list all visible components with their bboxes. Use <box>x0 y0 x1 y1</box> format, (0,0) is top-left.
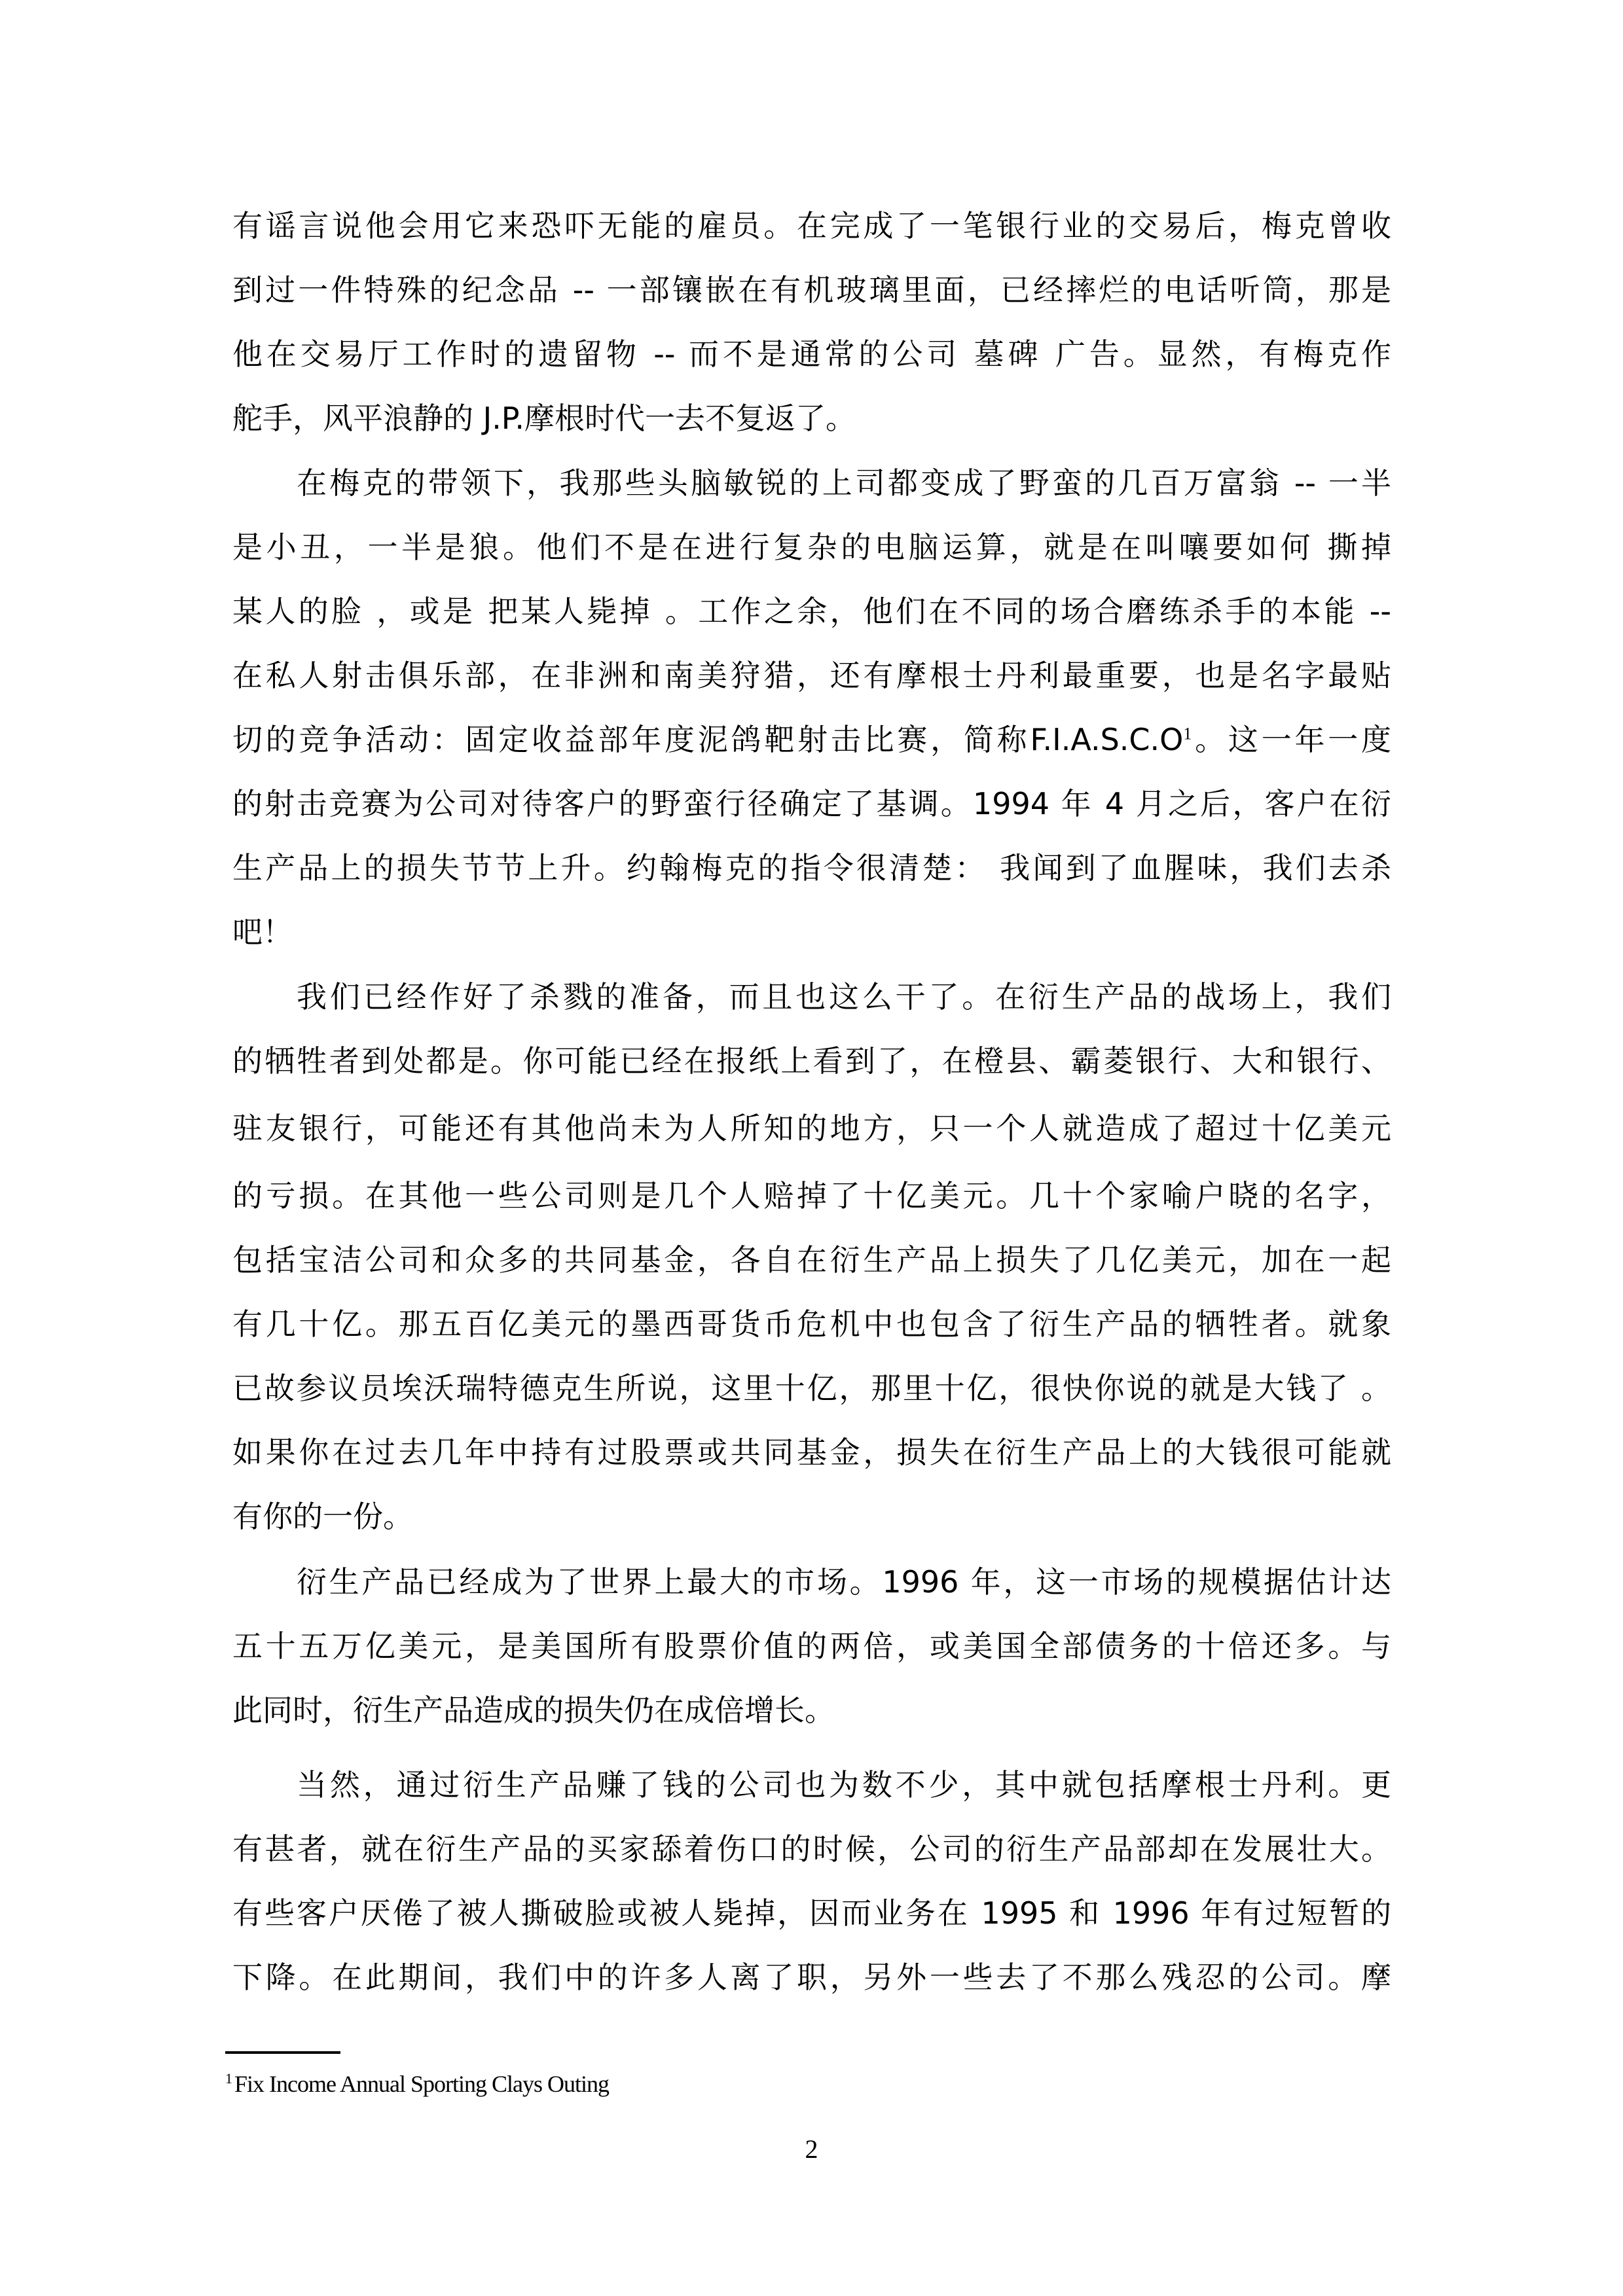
text-line: 有你的一份。 <box>232 1497 1391 1536</box>
text-line: 有些客户厌倦了被人撕破脸或被人毙掉，因而业务在 1995 和 1996 年有过短… <box>232 1893 1391 1933</box>
text-line: 已故参议员埃沃瑞特德克生所说，这里十亿，那里十亿，很快你说的就是大钱了 。 <box>232 1369 1391 1408</box>
text-line: 此同时，衍生产品造成的损失仍在成倍增长。 <box>232 1691 1391 1730</box>
text-line: 切的竞争活动：固定收益部年度泥鸽靶射击比赛，简称F.I.A.S.C.O1。这一年… <box>232 720 1391 759</box>
text-line: 有几十亿。那五百亿美元的墨西哥货币危机中也包含了衍生产品的牺牲者。就象 <box>232 1304 1391 1344</box>
text-line: 的射击竞赛为公司对待客户的野蛮行径确定了基调。1994 年 4 月之后，客户在衍 <box>232 784 1391 823</box>
page-number: 2 <box>0 2134 1623 2164</box>
text-line: 是小丑，一半是狼。他们不是在进行复杂的电脑运算，就是在叫嚷要如何 撕掉 <box>232 528 1391 567</box>
text-line: 衍生产品已经成为了世界上最大的市场。1996 年，这一市场的规模据估计达 <box>297 1562 1391 1602</box>
footnote-separator <box>225 2051 340 2054</box>
footnote: 1Fix Income Annual Sporting Clays Outing <box>225 2070 609 2098</box>
footnote-mark: 1 <box>225 2070 232 2087</box>
text-line: 驻友银行，可能还有其他尚未为人所知的地方，只一个人就造成了超过十亿美元 <box>232 1109 1391 1148</box>
text-line: 在私人射击俱乐部，在非洲和南美狩猎，还有摩根士丹利最重要，也是名字最贴 <box>232 656 1391 695</box>
text-line: 的牺牲者到处都是。你可能已经在报纸上看到了，在橙县、霸菱银行、大和银行、 <box>232 1041 1391 1081</box>
text-segment: 。这一年一度 <box>1192 722 1391 757</box>
text-line: 生产品上的损失节节上升。约翰梅克的指令很清楚： 我闻到了血腥味，我们去杀 <box>232 848 1391 888</box>
footnote-text: Fix Income Annual Sporting Clays Outing <box>234 2071 609 2097</box>
text-line: 下降。在此期间，我们中的许多人离了职，另外一些去了不那么残忍的公司。摩 <box>232 1958 1391 1997</box>
text-line: 舵手，风平浪静的 J.P.摩根时代一去不复返了。 <box>232 399 1391 438</box>
text-line: 到过一件特殊的纪念品 -- 一部镶嵌在有机玻璃里面，已经摔烂的电话听筒，那是 <box>232 270 1391 310</box>
text-line: 我们已经作好了杀戮的准备，而且也这么干了。在衍生产品的战场上，我们 <box>297 977 1391 1016</box>
footnote-reference[interactable]: 1 <box>1183 725 1192 744</box>
text-line: 某人的脸 ，或是 把某人毙掉 。工作之余，他们在不同的场合磨练杀手的本能 -- <box>232 592 1391 631</box>
text-line: 有甚者，就在衍生产品的买家舔着伤口的时候，公司的衍生产品部却在发展壮大。 <box>232 1829 1391 1869</box>
text-line: 在梅克的带领下，我那些头脑敏锐的上司都变成了野蛮的几百万富翁 -- 一半 <box>297 463 1391 503</box>
text-line: 五十五万亿美元，是美国所有股票价值的两倍，或美国全部债务的十倍还多。与 <box>232 1626 1391 1666</box>
text-line: 吧！ <box>232 912 1391 952</box>
text-line: 如果你在过去几年中持有过股票或共同基金，损失在衍生产品上的大钱很可能就 <box>232 1433 1391 1472</box>
text-line: 他在交易厅工作时的遗留物 -- 而不是通常的公司 墓碑 广告。显然，有梅克作 <box>232 334 1391 374</box>
text-line: 当然，通过衍生产品赚了钱的公司也为数不少，其中就包括摩根士丹利。更 <box>297 1765 1391 1804</box>
text-line: 的亏损。在其他一些公司则是几个人赔掉了十亿美元。几十个家喻户晓的名字， <box>232 1176 1391 1215</box>
text-line: 有谣言说他会用它来恐吓无能的雇员。在完成了一笔银行业的交易后，梅克曾收 <box>232 206 1391 245</box>
text-segment: 切的竞争活动：固定收益部年度泥鸽靶射击比赛，简称F.I.A.S.C.O <box>232 722 1183 757</box>
document-page: 有谣言说他会用它来恐吓无能的雇员。在完成了一笔银行业的交易后，梅克曾收 到过一件… <box>0 0 1623 2296</box>
text-line: 包括宝洁公司和众多的共同基金，各自在衍生产品上损失了几亿美元，加在一起 <box>232 1240 1391 1280</box>
